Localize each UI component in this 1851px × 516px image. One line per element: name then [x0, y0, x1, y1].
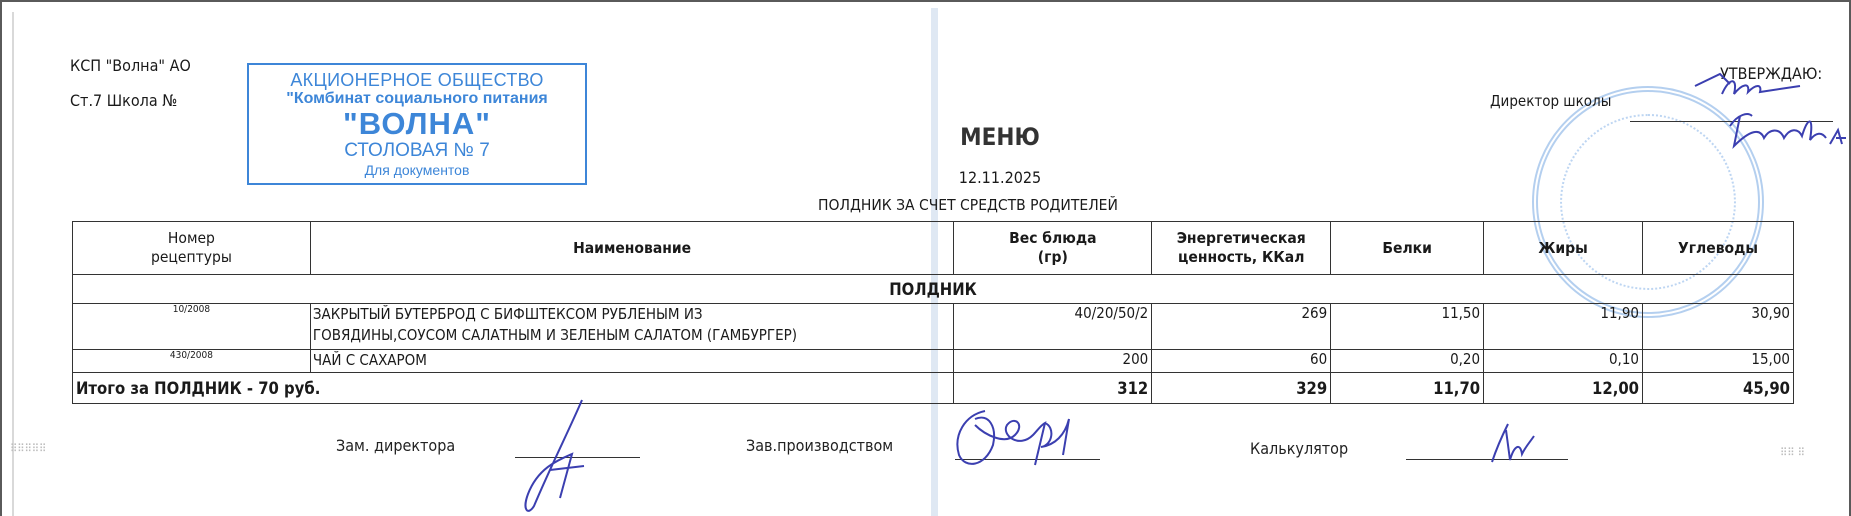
total-row: Итого за ПОЛДНИК - 70 руб. 312 329 11,70…: [73, 373, 1794, 404]
header-carbs: Углеводы: [1643, 222, 1794, 275]
dish-name-line2: ГОВЯДИНЫ,СОУСОМ САЛАТНЫМ И ЗЕЛЕНЫМ САЛАТ…: [313, 325, 951, 346]
total-energy: 329: [1152, 373, 1331, 404]
dish-carbs: 30,90: [1643, 304, 1794, 350]
total-carbs: 45,90: [1643, 373, 1794, 404]
dish-weight: 200: [954, 350, 1152, 373]
total-protein: 11,70: [1331, 373, 1484, 404]
header-protein: Белки: [1331, 222, 1484, 275]
director-label: Директор школы: [1490, 92, 1611, 110]
organization-name: КСП "Волна" АО: [70, 56, 191, 75]
table-header-row: Номер рецептуры Наименование Вес блюда (…: [73, 222, 1794, 275]
dish-energy: 269: [1152, 304, 1331, 350]
table-row: 10/2008 ЗАКРЫТЫЙ БУТЕРБРОД С БИФШТЕКСОМ …: [73, 304, 1794, 350]
page-title: МЕНЮ: [0, 123, 1851, 151]
table-row: 430/2008 ЧАЙ С САХАРОМ 200 60 0,20 0,10 …: [73, 350, 1794, 373]
recipe-number: 430/2008: [73, 350, 311, 373]
dish-weight: 40/20/50/2: [954, 304, 1152, 350]
scan-edge: [12, 12, 14, 516]
dish-name-line1: ЗАКРЫТЫЙ БУТЕРБРОД С БИФШТЕКСОМ РУБЛЕНЫМ…: [313, 304, 951, 325]
calculator-signature-line: [1406, 459, 1568, 460]
dish-protein: 11,50: [1331, 304, 1484, 350]
total-weight: 312: [954, 373, 1152, 404]
calculator-signature: [1488, 422, 1538, 466]
header-recipe-line2: рецептуры: [76, 248, 307, 267]
header-weight: Вес блюда (гр): [954, 222, 1152, 275]
production-head-label: Зав.производством: [746, 436, 893, 455]
calculator-label: Калькулятор: [1250, 439, 1348, 458]
header-fat: Жиры: [1484, 222, 1643, 275]
dish-fat: 0,10: [1484, 350, 1643, 373]
menu-date: 12.11.2025: [0, 168, 1851, 187]
menu-table: Номер рецептуры Наименование Вес блюда (…: [72, 221, 1794, 404]
dish-name: ЧАЙ С САХАРОМ: [310, 350, 954, 373]
header-energy-line2: ценность, ККал: [1155, 248, 1327, 267]
header-weight-line1: Вес блюда: [957, 229, 1148, 248]
production-signature: [945, 405, 1095, 475]
faint-bleed-text: ⠿⠿⠿⠿⠿: [10, 442, 46, 455]
header-recipe-line1: Номер: [76, 229, 307, 248]
recipe-number: 10/2008: [73, 304, 311, 350]
header-name: Наименование: [310, 222, 954, 275]
dish-protein: 0,20: [1331, 350, 1484, 373]
header-energy-line1: Энергетическая: [1155, 229, 1327, 248]
header-weight-line2: (гр): [957, 248, 1148, 267]
dish-carbs: 15,00: [1643, 350, 1794, 373]
dish-fat: 11,90: [1484, 304, 1643, 350]
total-label: Итого за ПОЛДНИК - 70 руб.: [73, 373, 954, 404]
header-recipe: Номер рецептуры: [73, 222, 311, 275]
section-title: ПОЛДНИК: [73, 275, 1794, 304]
dish-energy: 60: [1152, 350, 1331, 373]
deputy-director-label: Зам. директора: [336, 436, 455, 455]
total-fat: 12,00: [1484, 373, 1643, 404]
stamp-line-1: АКЦИОНЕРНОЕ ОБЩЕСТВО: [249, 70, 585, 91]
menu-subtitle: ПОЛДНИК ЗА СЧЕТ СРЕДСТВ РОДИТЕЛЕЙ: [818, 196, 1118, 214]
school-label: Ст.7 Школа №: [70, 91, 177, 110]
faint-bleed-text: ⠿⠿ ⠿: [1780, 446, 1805, 459]
dish-name: ЗАКРЫТЫЙ БУТЕРБРОД С БИФШТЕКСОМ РУБЛЕНЫМ…: [310, 304, 954, 350]
deputy-signature: [520, 398, 600, 516]
header-energy: Энергетическая ценность, ККал: [1152, 222, 1331, 275]
section-row: ПОЛДНИК: [73, 275, 1794, 304]
